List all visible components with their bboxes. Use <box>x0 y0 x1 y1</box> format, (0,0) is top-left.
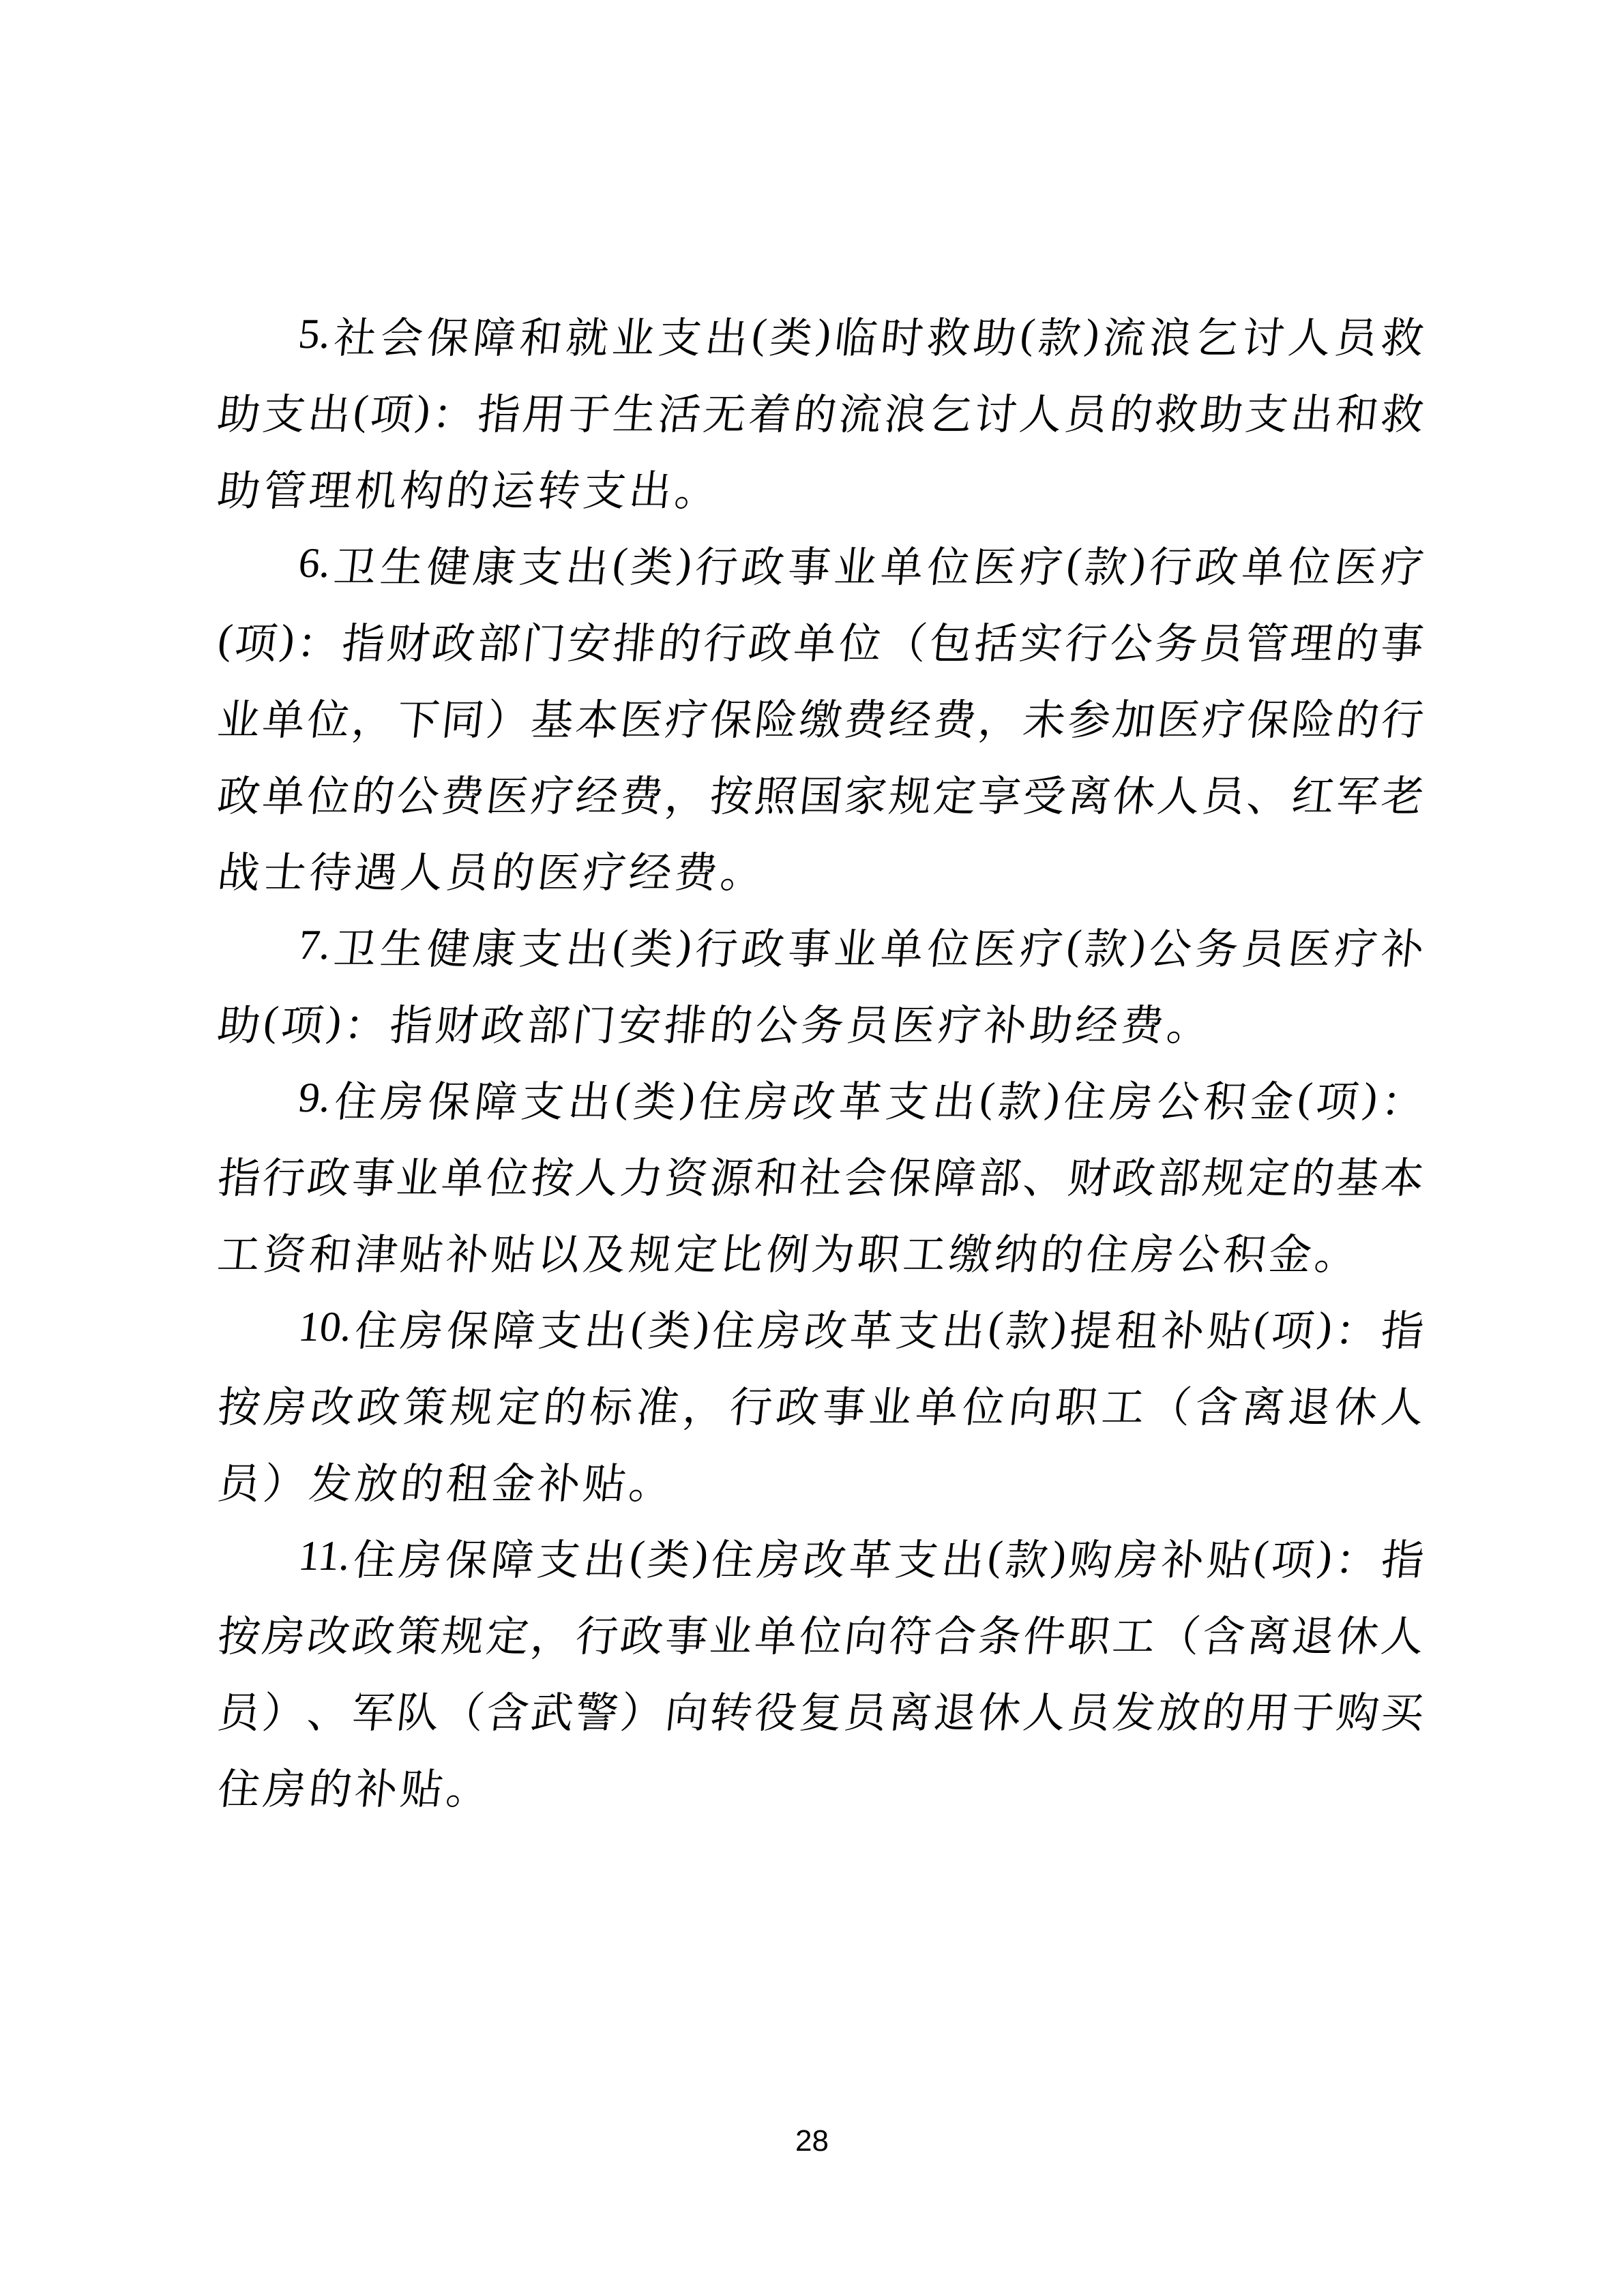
char: 行 <box>1147 533 1195 594</box>
char: 公 <box>1147 915 1195 976</box>
char: 7. <box>296 921 333 970</box>
char: 租 <box>1113 1297 1162 1358</box>
text-line: 6.卫生健康支出(类)行政事业单位医疗(款)行政单位医疗 <box>214 525 1428 601</box>
char: 事 <box>785 533 833 594</box>
char: 款 <box>1082 533 1130 594</box>
char: 的 <box>1333 610 1382 670</box>
char: 类 <box>645 1526 693 1587</box>
char: 件 <box>1020 1602 1069 1663</box>
char: 人 <box>1155 762 1203 823</box>
char: 离 <box>1065 762 1114 823</box>
char: 保 <box>444 1297 492 1358</box>
char: 医 <box>890 992 939 1052</box>
char: ， <box>662 762 711 823</box>
char: 业 <box>215 686 263 747</box>
char: 退 <box>1286 1373 1334 1434</box>
char: 障 <box>931 1144 979 1205</box>
char: ) <box>675 921 694 970</box>
char: 保 <box>886 1144 934 1205</box>
char: 行 <box>727 1373 776 1434</box>
char: 房 <box>1112 1526 1161 1587</box>
char: （ <box>1155 1602 1203 1663</box>
char: ( <box>1065 539 1084 588</box>
char: 待 <box>306 839 355 899</box>
char: 务 <box>799 992 847 1052</box>
char: 人 <box>1378 1602 1427 1663</box>
char: 住 <box>709 1297 758 1358</box>
char: 未 <box>1020 686 1069 747</box>
char: 经 <box>573 762 621 823</box>
char: ) <box>1316 1532 1335 1581</box>
char: 救 <box>925 304 973 365</box>
char: 房 <box>397 1526 445 1587</box>
char: 定 <box>931 762 979 823</box>
char: 改 <box>790 1068 838 1129</box>
char: 助 <box>215 381 263 441</box>
char: ） <box>484 686 532 747</box>
char: 贴 <box>489 1221 537 1281</box>
char: 生 <box>378 533 426 594</box>
char: 策 <box>394 1602 443 1663</box>
char: ( <box>613 1074 632 1122</box>
char: 5. <box>296 310 333 359</box>
char: 支 <box>536 1297 585 1358</box>
char: （ <box>881 610 930 670</box>
char: 费 <box>672 839 720 899</box>
char: 员 <box>1332 304 1381 365</box>
char: 定 <box>1244 1144 1293 1205</box>
char: 发 <box>1110 1679 1159 1740</box>
text-line: 员）发放的租金补贴。 <box>214 1442 1428 1518</box>
char: 房 <box>261 1755 309 1816</box>
char: 离 <box>886 1679 934 1740</box>
char: ) <box>679 1074 698 1122</box>
char: 门 <box>570 992 619 1052</box>
char: 贴 <box>1205 1526 1253 1587</box>
char: 政 <box>739 915 787 976</box>
char: 障 <box>472 1068 520 1129</box>
text-line: 战士待遇人员的医疗经费。 <box>214 831 1428 907</box>
char: 政 <box>215 762 263 823</box>
char: 障 <box>490 1297 538 1358</box>
char: （ <box>1146 1373 1194 1434</box>
char: 门 <box>520 610 568 670</box>
char: 疗 <box>529 762 577 823</box>
text-block: 5.社会保障和就业支出(类)临时救助(款)流浪乞讨人员救助支出(项)：指用于生活… <box>218 296 1424 1823</box>
char: 医 <box>618 686 666 747</box>
char: 疗 <box>936 992 984 1052</box>
char: 房 <box>1108 1068 1156 1129</box>
char: ） <box>260 1679 308 1740</box>
char: 健 <box>424 533 473 594</box>
char: 员 <box>443 839 492 899</box>
char: 疗 <box>1378 533 1427 594</box>
char: 离 <box>1244 1602 1293 1663</box>
char: 于 <box>565 381 614 441</box>
char: 人 <box>1286 304 1334 365</box>
paragraph-10: 10.住房保障支出(类)住房改革支出(款)提租补贴(项)：指按房改政策规定的标准… <box>218 1289 1424 1518</box>
char: 支 <box>517 915 565 976</box>
char: 补 <box>443 1221 492 1281</box>
char: 资 <box>261 1221 309 1281</box>
char: （ <box>439 1679 487 1740</box>
char: 员 <box>1198 610 1246 670</box>
char: 定 <box>672 1221 720 1281</box>
char: 救 <box>1153 381 1201 441</box>
char: 房 <box>743 1068 791 1129</box>
text-line: 7.卫生健康支出(类)行政事业单位医疗(款)公务员医疗补 <box>214 907 1428 983</box>
char: 。 <box>1164 992 1213 1052</box>
char: 疗 <box>1332 915 1381 976</box>
char: 改 <box>308 1373 357 1434</box>
char: 住 <box>352 1297 400 1358</box>
char: ) <box>413 387 432 435</box>
char: 医 <box>971 915 1020 976</box>
char: 员 <box>1062 381 1110 441</box>
char: 费 <box>439 762 487 823</box>
char: ： <box>342 992 390 1052</box>
char: 标 <box>587 1373 636 1434</box>
char: 费 <box>931 686 979 747</box>
char: 缴 <box>797 686 845 747</box>
char: 革 <box>848 1297 896 1358</box>
char: 准 <box>634 1373 682 1434</box>
char: 队 <box>394 1679 443 1740</box>
char: 金 <box>1267 1221 1315 1281</box>
char: 业 <box>610 304 658 365</box>
char: ) <box>325 998 344 1046</box>
char: 类 <box>628 915 677 976</box>
char: 的 <box>1334 686 1383 747</box>
char: 11. <box>296 1532 353 1581</box>
char: ( <box>216 616 235 664</box>
char: 向 <box>662 1679 711 1740</box>
char: 款 <box>1082 915 1130 976</box>
char: 业 <box>394 1144 443 1205</box>
char: 员 <box>215 1679 263 1740</box>
char: 发 <box>306 1450 355 1510</box>
char: 房 <box>754 1526 803 1587</box>
char: 乞 <box>927 381 975 441</box>
char: 出 <box>565 1068 614 1129</box>
char: 缴 <box>947 1221 995 1281</box>
char: 助 <box>215 992 263 1052</box>
char: 指 <box>340 610 388 670</box>
text-line: 按房改政策规定的标准，行政事业单位向职工（含离退休人 <box>214 1365 1428 1442</box>
char: 指 <box>1378 1526 1427 1587</box>
char: 着 <box>746 381 795 441</box>
char: 健 <box>424 915 473 976</box>
char: 的 <box>541 1373 589 1434</box>
char: 单 <box>879 533 927 594</box>
char: 财 <box>1065 1144 1114 1205</box>
char: 红 <box>1289 762 1338 823</box>
char: 的 <box>1200 1679 1248 1740</box>
char: ( <box>610 539 630 588</box>
char: 保 <box>707 686 756 747</box>
char: 基 <box>1334 1144 1383 1205</box>
char: 行 <box>573 1602 621 1663</box>
char: 行 <box>1062 610 1110 670</box>
char: ) <box>692 1303 711 1352</box>
char: 住 <box>1061 1068 1109 1129</box>
paragraph-11: 11.住房保障支出(类)住房改革支出(款)购房补贴(项)：指按房改政策规定，行政… <box>218 1518 1424 1823</box>
text-line: 住房的补贴。 <box>214 1747 1428 1823</box>
char: 出 <box>1288 381 1336 441</box>
char: 类 <box>631 1068 679 1129</box>
char: 工 <box>1110 1602 1159 1663</box>
char: 款 <box>1003 1526 1051 1587</box>
char: 放 <box>1155 1679 1203 1740</box>
char: 革 <box>837 1068 885 1129</box>
char: 购 <box>1067 1526 1115 1587</box>
char: 。 <box>626 1450 675 1510</box>
char: 运 <box>489 457 537 518</box>
char: 力 <box>618 1144 666 1205</box>
char: 支 <box>1243 381 1291 441</box>
char: ( <box>610 921 630 970</box>
char: 临 <box>831 304 880 365</box>
paragraph-5: 5.社会保障和就业支出(类)临时救助(款)流浪乞讨人员救助支出(项)：指用于生活… <box>218 296 1424 525</box>
char: 单 <box>260 762 308 823</box>
char: ) <box>1050 1303 1069 1352</box>
char: 类 <box>628 533 677 594</box>
char: 照 <box>752 762 801 823</box>
char: 定 <box>494 1373 543 1434</box>
char: 理 <box>306 457 355 518</box>
char: 部 <box>475 610 523 670</box>
char: 、 <box>305 1679 353 1740</box>
char: 款 <box>1003 1297 1052 1358</box>
char: 士 <box>261 839 309 899</box>
char: 参 <box>1065 686 1114 747</box>
char: 的 <box>489 839 537 899</box>
char: 会 <box>842 1144 890 1205</box>
char: 事 <box>820 1373 868 1434</box>
char: 战 <box>215 839 263 899</box>
char: 提 <box>1067 1297 1115 1358</box>
char: 政 <box>430 610 478 670</box>
char: 规 <box>447 1373 496 1434</box>
char: ( <box>1065 921 1084 970</box>
char: 住 <box>709 1526 757 1587</box>
char: 项 <box>232 610 280 670</box>
char: 出 <box>703 304 751 365</box>
text-line: 助支出(项)：指用于生活无着的流浪乞讨人员的救助支出和救 <box>214 372 1428 449</box>
text-line: 助(项)：指财政部门安排的公务员医疗补助经费。 <box>214 983 1428 1060</box>
char: 和 <box>517 304 565 365</box>
char: 转 <box>707 1679 756 1740</box>
char: 指 <box>1378 1297 1427 1358</box>
char: 基 <box>529 686 577 747</box>
char: 财 <box>385 610 433 670</box>
char: 险 <box>752 686 801 747</box>
char: 助 <box>1198 381 1246 441</box>
char: 助 <box>1027 992 1076 1052</box>
char: 保 <box>1244 686 1293 747</box>
char: 括 <box>972 610 1020 670</box>
char: 的 <box>443 457 492 518</box>
char: 。 <box>1312 1221 1361 1281</box>
char: 指 <box>387 992 436 1052</box>
char: 业 <box>867 1373 915 1434</box>
char: 改 <box>801 1526 849 1587</box>
char: 经 <box>886 686 934 747</box>
char: 住 <box>1084 1221 1132 1281</box>
char: ： <box>1333 1297 1381 1358</box>
char: 买 <box>1378 1679 1427 1740</box>
char: 的 <box>655 610 704 670</box>
char: 支 <box>893 1526 941 1587</box>
char: 支 <box>883 1068 932 1129</box>
char: 休 <box>1334 1602 1383 1663</box>
char: 休 <box>1110 762 1159 823</box>
char: ) <box>814 310 833 359</box>
text-line: 指行政事业单位按人力资源和社会保障部、财政部规定的基本 <box>214 1136 1428 1212</box>
char: ： <box>294 610 342 670</box>
char: ( <box>986 1303 1005 1352</box>
char: 无 <box>700 381 749 441</box>
char: 符 <box>886 1602 934 1663</box>
char: 革 <box>846 1526 895 1587</box>
char: 金 <box>1248 1068 1297 1129</box>
char: 出 <box>306 381 354 441</box>
char: 疗 <box>1018 915 1066 976</box>
char: 补 <box>981 992 1030 1052</box>
char: 定 <box>484 1602 532 1663</box>
char: 按 <box>215 1373 263 1434</box>
char: 人 <box>1378 1373 1427 1434</box>
text-line: 按房改政策规定，行政事业单位向符合条件职工（含离退休人 <box>214 1594 1428 1671</box>
char: ( <box>351 387 370 435</box>
char: 员 <box>215 1450 263 1510</box>
char: 医 <box>1332 533 1381 594</box>
char: 加 <box>1110 686 1159 747</box>
char: 费 <box>842 686 890 747</box>
char: ， <box>349 686 398 747</box>
char: 财 <box>433 992 482 1052</box>
char: ) <box>1361 1074 1380 1122</box>
char: 就 <box>563 304 612 365</box>
char: 康 <box>471 915 519 976</box>
char: 康 <box>471 533 519 594</box>
char: 项 <box>1269 1297 1317 1358</box>
char: 员 <box>1239 915 1288 976</box>
char: 卫 <box>331 533 380 594</box>
char: 管 <box>1243 610 1291 670</box>
text-line: 5.社会保障和就业支出(类)临时救助(款)流浪乞讨人员救 <box>214 296 1428 372</box>
char: 员 <box>842 1679 890 1740</box>
char: 项 <box>1313 1068 1361 1129</box>
char: 管 <box>261 457 309 518</box>
char: 国 <box>797 762 845 823</box>
char: ) <box>278 616 297 664</box>
char: 保 <box>424 304 473 365</box>
char: 保 <box>443 1526 491 1587</box>
char: ： <box>430 381 478 441</box>
char: 本 <box>1378 1144 1427 1205</box>
char: 务 <box>1193 915 1241 976</box>
char: 的 <box>791 381 840 441</box>
char: 行 <box>700 610 749 670</box>
char: 项 <box>278 992 327 1052</box>
char: 的 <box>306 1755 355 1816</box>
char: ： <box>1333 1526 1381 1587</box>
char: 积 <box>1201 1068 1250 1129</box>
char: 医 <box>535 839 583 899</box>
char: 纳 <box>992 1221 1041 1281</box>
char: 出 <box>563 915 612 976</box>
char: 员 <box>844 992 893 1052</box>
char: 金 <box>489 1450 537 1510</box>
char: 公 <box>753 992 801 1052</box>
char: 补 <box>1159 1297 1207 1358</box>
char: 复 <box>797 1679 845 1740</box>
char: ， <box>681 1373 729 1434</box>
char: 改 <box>305 1602 353 1663</box>
char: 用 <box>1244 1679 1293 1740</box>
char: 6. <box>296 539 333 588</box>
char: 事 <box>785 915 833 976</box>
char: 职 <box>855 1221 904 1281</box>
char: ： <box>1378 1068 1427 1129</box>
char: 购 <box>1334 1679 1383 1740</box>
char: 位 <box>484 1144 532 1205</box>
char: 工 <box>215 1221 263 1281</box>
char: 支 <box>656 304 705 365</box>
char: 政 <box>773 1373 822 1434</box>
char: ， <box>976 686 1024 747</box>
char: 险 <box>1289 686 1338 747</box>
char: 业 <box>831 915 880 976</box>
char: 政 <box>479 992 527 1052</box>
char: 讨 <box>1239 304 1288 365</box>
text-line: 11.住房保障支出(类)住房改革支出(款)购房补贴(项)：指 <box>214 1518 1428 1594</box>
char: 向 <box>842 1602 890 1663</box>
char: 住 <box>331 1068 380 1129</box>
char: 于 <box>1289 1679 1338 1740</box>
char: 位 <box>925 915 973 976</box>
char: 。 <box>672 457 720 518</box>
char: 构 <box>398 457 446 518</box>
char: 疗 <box>580 839 629 899</box>
char: 指 <box>215 1144 263 1205</box>
char: 出 <box>626 457 675 518</box>
char: 贴 <box>398 1221 446 1281</box>
char: 排 <box>662 992 710 1052</box>
char: ( <box>1018 310 1037 359</box>
char: 和 <box>1333 381 1382 441</box>
char: 项 <box>368 381 416 441</box>
char: 业 <box>831 533 880 594</box>
char: 浪 <box>1147 304 1195 365</box>
char: 人 <box>398 839 446 899</box>
char: 同 <box>439 686 487 747</box>
char: 职 <box>1065 1602 1114 1663</box>
char: 转 <box>535 457 583 518</box>
char: 乞 <box>1193 304 1241 365</box>
char: 贴 <box>580 1450 629 1510</box>
char: 及 <box>580 1221 629 1281</box>
char: 的 <box>349 762 398 823</box>
char: 生 <box>378 915 426 976</box>
char: 款 <box>1035 304 1084 365</box>
char: 的 <box>1108 381 1156 441</box>
char: ( <box>750 310 769 359</box>
text-line: 员）、军队（含武警）向转役复员离退休人员发放的用于购买 <box>214 1671 1428 1747</box>
char: 支 <box>517 533 565 594</box>
char: 公 <box>1175 1221 1224 1281</box>
